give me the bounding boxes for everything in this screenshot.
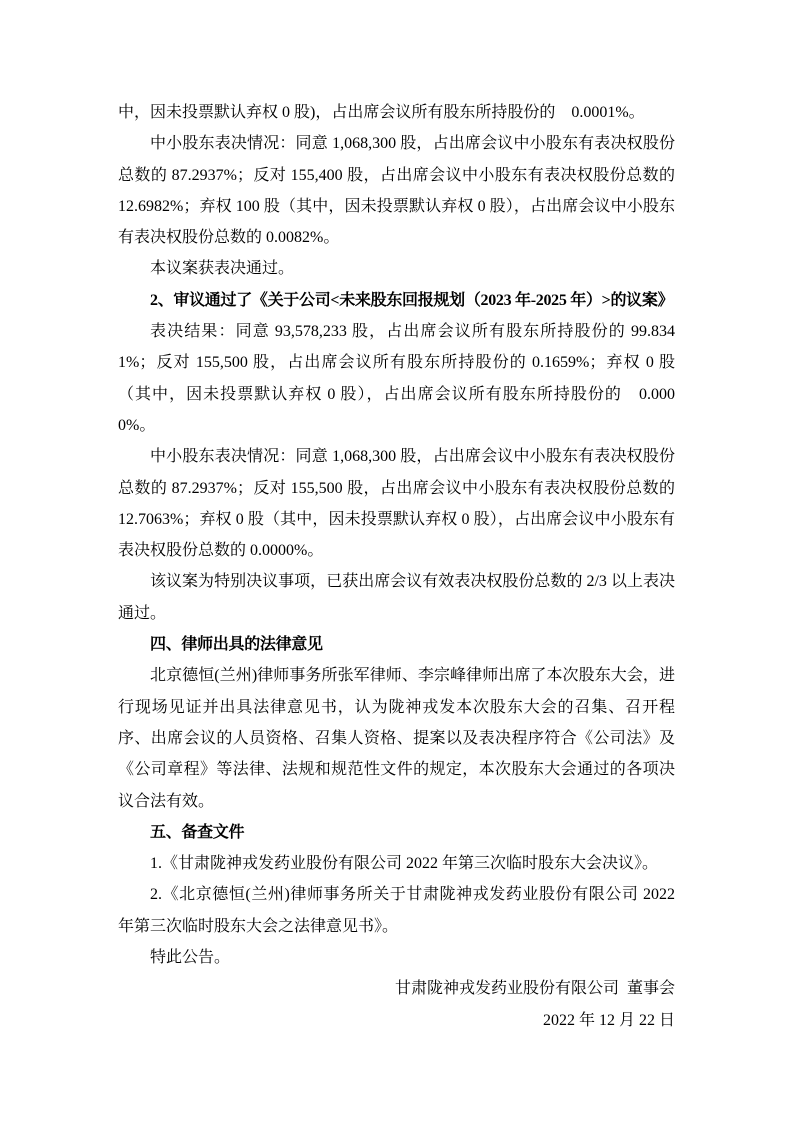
document-body: 中，因未投票默认弃权 0 股)，占出席会议所有股东所持股份的 0.0001%。中…	[118, 97, 675, 1036]
body-paragraph: 北京德恒(兰州)律师事务所张军律师、李宗峰律师出席了本次股东大会，进行现场见证并…	[118, 660, 675, 816]
body-paragraph: 1.《甘肃陇神戎发药业股份有限公司 2022 年第三次临时股东大会决议》。	[118, 848, 675, 879]
body-paragraph: 特此公告。	[118, 942, 675, 973]
body-paragraph: 表决结果：同意 93,578,233 股，占出席会议所有股东所持股份的 99.8…	[118, 316, 675, 441]
section-heading: 2、审议通过了《关于公司<未来股东回报规划（2023 年-2025 年）>的议案…	[118, 285, 675, 316]
body-paragraph: 2.《北京德恒(兰州)律师事务所关于甘肃陇神戎发药业股份有限公司 2022 年第…	[118, 879, 675, 942]
signature-line: 甘肃陇神戎发药业股份有限公司 董事会	[118, 973, 675, 1004]
body-paragraph: 该议案为特别决议事项，已获出席会议有效表决权股份总数的 2/3 以上表决通过。	[118, 566, 675, 629]
body-paragraph: 本议案获表决通过。	[118, 253, 675, 284]
section-heading: 四、律师出具的法律意见	[118, 629, 675, 660]
body-paragraph: 中小股东表决情况：同意 1,068,300 股，占出席会议中小股东有表决权股份总…	[118, 441, 675, 566]
section-heading: 五、备查文件	[118, 817, 675, 848]
body-paragraph: 中小股东表决情况：同意 1,068,300 股，占出席会议中小股东有表决权股份总…	[118, 128, 675, 253]
body-paragraph: 中，因未投票默认弃权 0 股)，占出席会议所有股东所持股份的 0.0001%。	[118, 97, 675, 128]
signature-line: 2022 年 12 月 22 日	[118, 1005, 675, 1036]
announcement-page: 中，因未投票默认弃权 0 股)，占出席会议所有股东所持股份的 0.0001%。中…	[0, 0, 793, 1122]
